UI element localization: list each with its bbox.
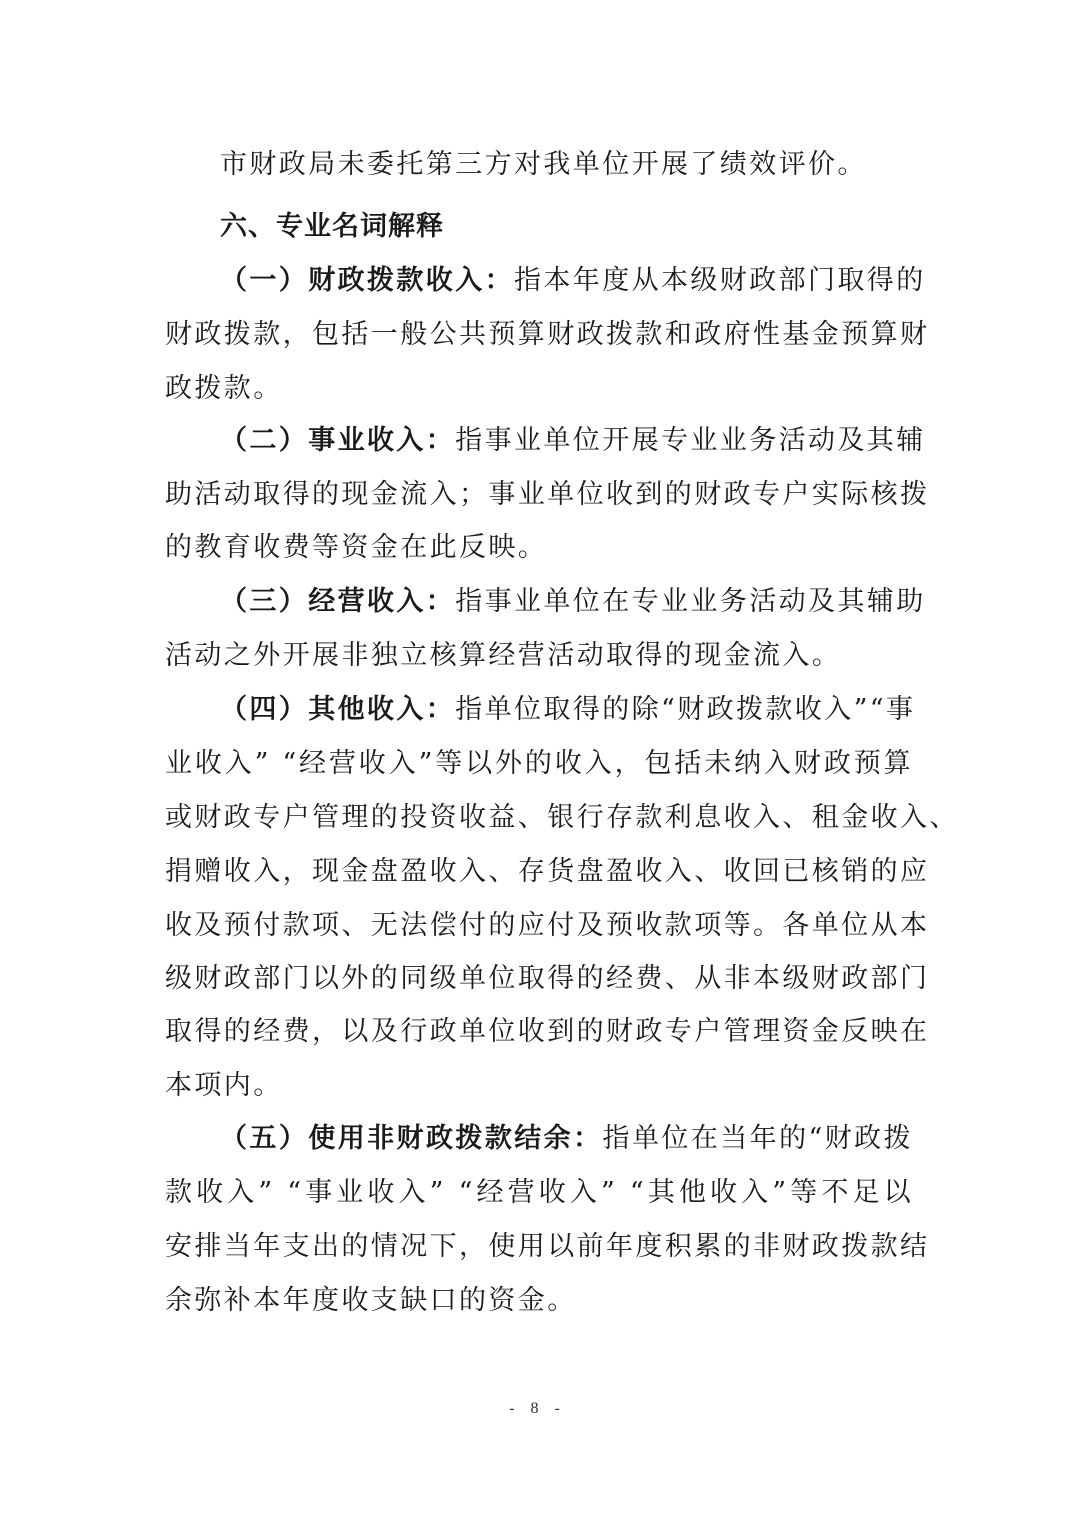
term-label: （五）使用非财政拨款结余： [220,1123,603,1154]
term-item-4-line-1: （四）其他收入：指单位取得的除“财政拨款收入”“事 [220,690,913,730]
term-item-5-line-2: 款收入” “事业收入” “经营收入” “其他收入”等不足以 [165,1173,913,1213]
term-item-4-line-7: 取得的经费，以及行政单位收到的财政专户管理资金反映在 [165,1012,913,1052]
term-item-5-line-3: 安排当年支出的情况下，使用以前年度积累的非财政拨款结 [165,1227,913,1267]
document-page: 市财政局未委托第三方对我单位开展了绩效评价。 六、专业名词解释 （一）财政拨款收… [0,0,1075,1520]
term-item-4-line-6: 级财政部门以外的同级单位取得的经费、从非本级财政部门 [165,959,913,999]
term-item-1-line-2: 财政拨款，包括一般公共预算财政拨款和政府性基金预算财 [165,315,913,355]
term-item-1-line-1: （一）财政拨款收入：指本年度从本级财政部门取得的 [220,261,913,301]
term-item-4-line-3: 或财政专户管理的投资收益、银行存款利息收入、租金收入、 [165,798,913,838]
term-item-4-line-8: 本项内。 [165,1066,913,1106]
term-label: （三）经营收入： [220,586,455,617]
term-item-4-line-5: 收及预付款项、无法偿付的应付及预收款项等。各单位从本 [165,906,913,946]
term-label: （一）财政拨款收入： [220,265,514,296]
term-item-5-line-1: （五）使用非财政拨款结余：指单位在当年的“财政拨 [220,1119,913,1159]
term-item-2-line-2: 助活动取得的现金流入；事业单位收到的财政专户实际核拨 [165,475,913,515]
term-label: （二）事业收入： [220,425,455,456]
term-item-3-line-1: （三）经营收入：指事业单位在专业业务活动及其辅助 [220,582,913,622]
term-item-4-line-4: 捐赠收入，现金盘盈收入、存货盘盈收入、收回已核销的应 [165,852,913,892]
intro-paragraph: 市财政局未委托第三方对我单位开展了绩效评价。 [220,145,913,185]
section-heading: 六、专业名词解释 [220,207,913,247]
term-item-3-line-2: 活动之外开展非独立核算经营活动取得的现金流入。 [165,636,913,676]
term-item-5-line-4: 余弥补本年度收支缺口的资金。 [165,1281,913,1321]
term-item-2-line-1: （二）事业收入：指事业单位开展专业业务活动及其辅 [220,421,913,461]
term-item-1-line-3: 政拨款。 [165,369,913,409]
term-item-2-line-3: 的教育收费等资金在此反映。 [165,528,913,568]
page-number: - 8 - [0,1400,1075,1418]
term-label: （四）其他收入： [220,694,455,725]
term-item-4-line-2: 业收入” “经营收入”等以外的收入，包括未纳入财政预算 [165,744,913,784]
